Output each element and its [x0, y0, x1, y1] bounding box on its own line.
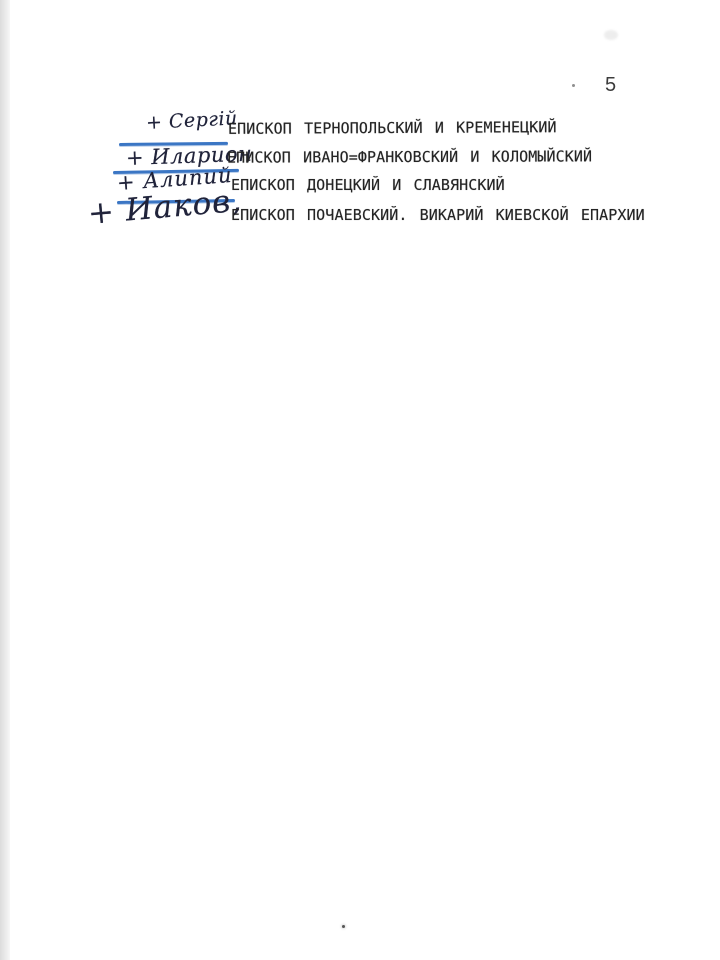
scan-speck-bottom — [342, 925, 345, 928]
scan-smudge — [604, 30, 618, 40]
bishop-title-ivano-frankovsk: ЕПИСКОП ИВАНО=ФРАНКОВСКИЙ И КОЛОМЫЙСКИЙ — [227, 148, 592, 165]
signature-iakov: + Иаков, — [86, 183, 243, 232]
scan-speck-top — [572, 84, 575, 87]
signature-sergiy: + Сергій — [145, 107, 238, 134]
bishop-title-donetsk: ЕПИСКОП ДОНЕЦКИЙ И СЛАВЯНСКИЙ — [231, 177, 505, 193]
bishop-title-ternopol: ЕПИСКОП ТЕРНОПОЛЬСКИЙ И КРЕМЕНЕЦКИЙ — [228, 119, 557, 137]
page-left-edge — [0, 0, 10, 960]
bishop-title-pochaev: ЕПИСКОП ПОЧАЕВСКИЙ. ВИКАРИЙ КИЕВСКОЙ ЕПА… — [231, 207, 645, 223]
page-number: 5 — [605, 74, 617, 97]
scanned-document-page: 5 + Сергій + Иларион + Алипий + Иаков, Е… — [0, 0, 720, 960]
